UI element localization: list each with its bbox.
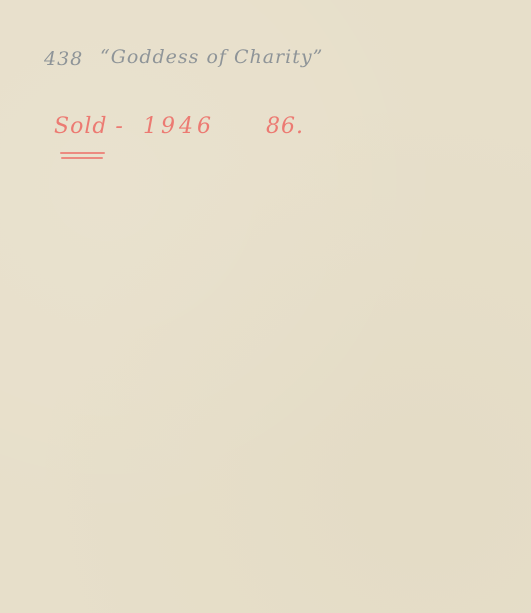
catalog-number: 438 [44,48,83,70]
sale-year: 1946 [143,114,215,139]
sale-status: Sold - [54,114,124,139]
status-underline [60,152,105,154]
archive-card: 438 “Goddess of Charity” Sold - 1946 86. [0,0,531,613]
status-double-underline [61,157,103,159]
sale-price: 86. [266,114,304,139]
artwork-title: “Goddess of Charity” [100,46,323,68]
